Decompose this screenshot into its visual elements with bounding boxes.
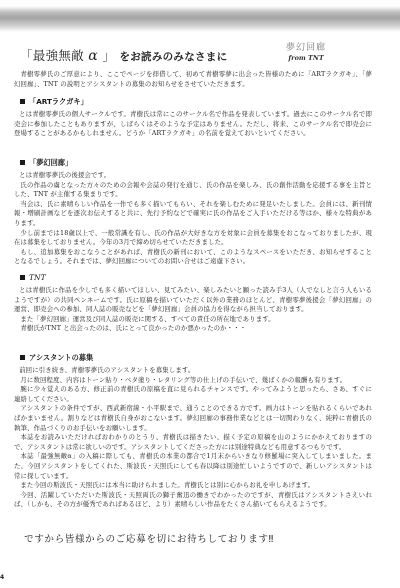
section-body-assistant-recruitment: 前回に引き続き、青樹零夢氏のアシスタントを募集します。 月に数回程度、内容はトー… <box>14 366 372 510</box>
paragraph: 前回に引き続き、青樹零夢氏のアシスタントを募集します。 <box>14 366 372 376</box>
scan-shadow-band <box>0 6 400 32</box>
section-body-art-rakugaki: とは青樹零夢氏の個人サークルです。青樹氏は常にこのサークル名で作品を発表していま… <box>14 110 372 139</box>
logo-main: 夢幻回廊 <box>286 40 326 53</box>
paragraph: とは青樹零夢氏の後援会です。 <box>14 171 372 181</box>
title-rest: をお読みのみなさまに <box>119 51 227 63</box>
section-heading-mugen-kairou: 「夢幻回廊」 <box>20 158 72 168</box>
paragraph: 氏の作品の虜となった方々のための会報や会誌の発行を通じ、氏の作品を楽しみ、氏の創… <box>14 181 372 200</box>
square-bullet-icon <box>20 355 25 360</box>
section-heading-assistant-recruitment: アシスタントの募集 <box>20 353 93 363</box>
paragraph: 当会は、氏に素晴らしい作品を一作でも多く描いてもらい、それを楽しむために発足いた… <box>14 200 372 229</box>
paragraph: 腕に少々覚えのある方、修正前の青樹氏の原稿を直に見られるチャンスです。やってみよ… <box>14 385 372 404</box>
logo-sub: from TNT <box>286 54 326 62</box>
title-prefix: 「最強無敵 <box>20 48 84 63</box>
page-number: 4 <box>0 574 4 581</box>
square-bullet-icon <box>20 275 25 280</box>
page-title: 「最強無敵 α 」 をお読みのみなさまに <box>20 46 227 64</box>
square-bullet-icon <box>20 99 25 104</box>
paragraph: 今回、活躍していただいた斯波氏・天照両氏の獅子奮迅の働きでわかったのですが、青樹… <box>14 491 372 510</box>
paragraph: もし、追加募集をおこなうことがあれば、青樹氏の新刊において、このようなスペースを… <box>14 248 372 267</box>
intro-paragraph: 青樹零夢氏のご厚意により、ここでページを拝借して、初めて青樹零夢に出会った皆様の… <box>14 70 372 89</box>
paragraph: 少し前までは18歳以上で、一般常識を有し、氏の作品が大好きな方を対象に会員を募集… <box>14 229 372 248</box>
closing-message: ですから皆様からのご応募を切にお待ちしております‼ <box>24 531 274 545</box>
paragraph: また今回の斯波氏・天照氏には本当に助けられました。青樹氏とは別に心からお礼を申し… <box>14 481 372 491</box>
paragraph: とは青樹氏に作品を少しでも多く描いてほしい、見てみたい、楽しみたいと願った読み手… <box>14 286 372 315</box>
section-heading-tnt: TNT <box>20 273 46 282</box>
title-alpha: α <box>88 48 98 64</box>
paragraph: 本誌「最強無敵α」の入稿に際しても、青樹氏の本業の都合で1月末からいきなり修羅場… <box>14 452 372 481</box>
section-heading-art-rakugaki: 「ARTラクガキ」 <box>20 97 88 107</box>
square-bullet-icon <box>20 160 25 165</box>
title-close: 」 <box>102 48 115 63</box>
paragraph: アシスタントの条件ですが、西武新宿線・小平駅まで、通うことのできる方です。画力は… <box>14 404 372 433</box>
intro-text: 青樹零夢氏のご厚意により、ここでページを拝借して、初めて青樹零夢に出会った皆様の… <box>14 70 372 89</box>
paragraph: また「夢幻回廊」運営及び同人誌の販売に関する、すべての責任の所在地であります。 <box>14 315 372 325</box>
paragraph: とは青樹零夢氏の個人サークルです。青樹氏は常にこのサークル名で作品を発表していま… <box>14 110 372 139</box>
section-body-mugen-kairou: とは青樹零夢氏の後援会です。 氏の作品の虜となった方々のための会報や会誌の発行を… <box>14 171 372 267</box>
paragraph: 青樹氏がTNT と出会ったのは、氏にとって良かったのか悪かったのか・・・ <box>14 324 372 334</box>
section-body-tnt: とは青樹氏に作品を少しでも多く描いてほしい、見てみたい、楽しみたいと願った読み手… <box>14 286 372 334</box>
logo: 夢幻回廊 from TNT <box>286 40 326 62</box>
paragraph: 月に数回程度、内容はトーン貼り・ベタ塗り・レタリング等の仕上げの手伝いで、幾ばく… <box>14 376 372 386</box>
paragraph: 本誌をお読みいただければおわかりのとうり、青樹氏は描きたい、描く予定の原稿を山の… <box>14 433 372 452</box>
